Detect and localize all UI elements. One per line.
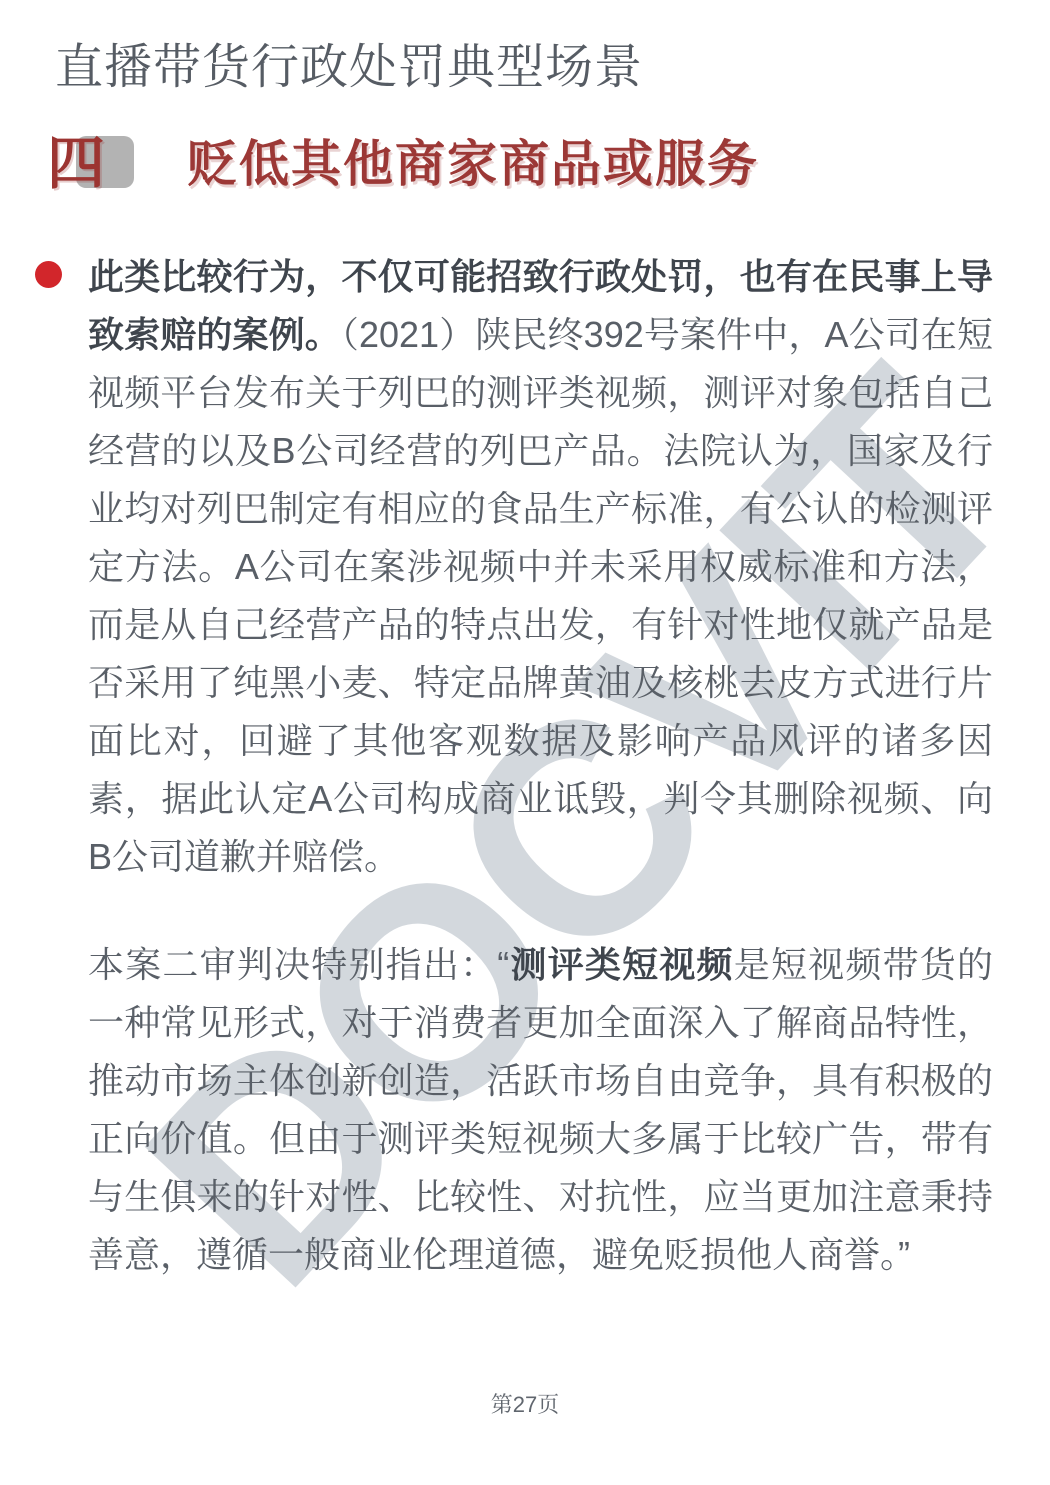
bullet-column: [35, 248, 88, 288]
paragraph-case-body: （2021）陕民终392号案件中，A公司在短视频平台发布关于列巴的测评类视频，测…: [88, 314, 993, 877]
paragraph-case-text: 此类比较行为，不仅可能招致行政处罚，也有在民事上导致索赔的案例。（2021）陕民…: [88, 248, 993, 886]
page-number: 第27页: [491, 1392, 559, 1417]
page-footer: 第27页: [0, 1388, 1050, 1419]
paragraph-case: 此类比较行为，不仅可能招致行政处罚，也有在民事上导致索赔的案例。（2021）陕民…: [35, 248, 993, 886]
document-page: DOCVIT 直播带货行政处罚典型场景 四 贬低其他商家商品或服务 此类比较行为…: [0, 0, 1050, 1485]
body-text-block: 此类比较行为，不仅可能招致行政处罚，也有在民事上导致索赔的案例。（2021）陕民…: [35, 248, 993, 1284]
paragraph-judgment-bold-term: 测评类短视频: [509, 944, 733, 985]
paragraph-judgment-lead: 本案二审判决特别指出：“: [88, 944, 509, 985]
section-number-badge: 四: [47, 130, 187, 202]
paragraph-judgment-body: 是短视频带货的一种常见形式，对于消费者更加全面深入了解商品特性，推动市场主体创新…: [88, 944, 993, 1275]
paragraph-judgment: 本案二审判决特别指出：“测评类短视频是短视频带货的一种常见形式，对于消费者更加全…: [88, 936, 993, 1284]
page-title: 直播带货行政处罚典型场景: [55, 36, 643, 100]
section-number: 四: [47, 132, 105, 196]
section-heading: 贬低其他商家商品或服务: [187, 130, 759, 198]
bullet-dot-icon: [35, 261, 62, 288]
section-heading-row: 四 贬低其他商家商品或服务: [47, 130, 759, 202]
